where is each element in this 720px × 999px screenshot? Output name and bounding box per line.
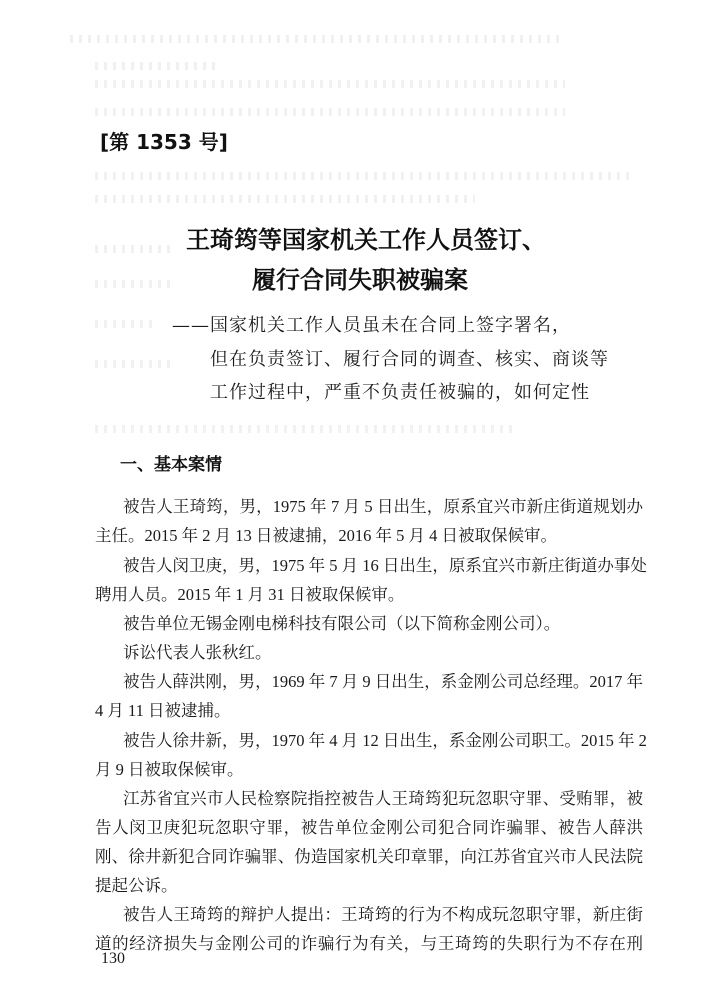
paragraph-line: 聘用人员。2015 年 1 月 31 日被取保候审。	[95, 581, 643, 605]
scan-bleed-through	[95, 320, 155, 328]
scan-bleed-through	[95, 108, 565, 116]
scan-bleed-through	[95, 80, 565, 88]
subtitle-line-2: 但在负责签订、履行合同的调查、核实、商谈等	[210, 345, 609, 371]
section-heading: 一、基本案情	[120, 450, 222, 475]
document-title-line-2: 履行合同失职被骗案	[0, 260, 720, 295]
scan-bleed-through	[95, 172, 635, 180]
paragraph-line: 被告人徐井新，男，1970 年 4 月 12 日出生，系金刚公司职工。2015 …	[123, 727, 643, 751]
scan-bleed-through	[70, 35, 560, 43]
paragraph-line: 主任。2015 年 2 月 13 日被逮捕，2016 年 5 月 4 日被取保候…	[95, 522, 643, 546]
paragraph-line: 被告人薛洪刚，男，1969 年 7 月 9 日出生，系金刚公司总经理。2017 …	[123, 668, 643, 692]
paragraph-line: 刚、徐井新犯合同诈骗罪、伪造国家机关印章罪，向江苏省宜兴市人民法院	[95, 843, 643, 867]
paragraph-line: 江苏省宜兴市人民检察院指控被告人王琦筠犯玩忽职守罪、受贿罪，被	[123, 785, 643, 809]
scan-bleed-through	[95, 425, 515, 433]
paragraph-line: 4 月 11 日被逮捕。	[95, 697, 643, 721]
paragraph-line: 道的经济损失与金刚公司的诈骗行为有关，与王琦筠的失职行为不存在刑	[95, 930, 643, 954]
page-number: 130	[101, 950, 125, 968]
case-number: [第 1353 号]	[100, 126, 228, 155]
scan-bleed-through	[95, 195, 475, 203]
paragraph-line: 被告单位无锡金刚电梯科技有限公司（以下简称金刚公司）。	[123, 610, 643, 634]
scan-bleed-through	[95, 62, 215, 70]
paragraph-line: 月 9 日被取保候审。	[95, 756, 643, 780]
paragraph-line: 被告人闵卫庚，男，1975 年 5 月 16 日出生，原系宜兴市新庄街道办事处	[123, 552, 643, 576]
paragraph-line: 诉讼代表人张秋红。	[123, 639, 643, 663]
paragraph-line: 告人闵卫庚犯玩忽职守罪，被告单位金刚公司犯合同诈骗罪、被告人薛洪	[95, 814, 643, 838]
paragraph-line: 提起公诉。	[95, 872, 643, 896]
paragraph-line: 被告人王琦筠的辩护人提出：王琦筠的行为不构成玩忽职守罪，新庄街	[123, 901, 643, 925]
paragraph-line: 被告人王琦筠，男，1975 年 7 月 5 日出生，原系宜兴市新庄街道规划办	[123, 493, 643, 517]
subtitle-line-3: 工作过程中，严重不负责任被骗的，如何定性	[210, 378, 590, 404]
subtitle-line-1: ——国家机关工作人员虽未在合同上签字署名，	[172, 311, 571, 337]
scan-bleed-through	[95, 360, 175, 368]
document-title-line-1: 王琦筠等国家机关工作人员签订、	[38, 220, 720, 255]
